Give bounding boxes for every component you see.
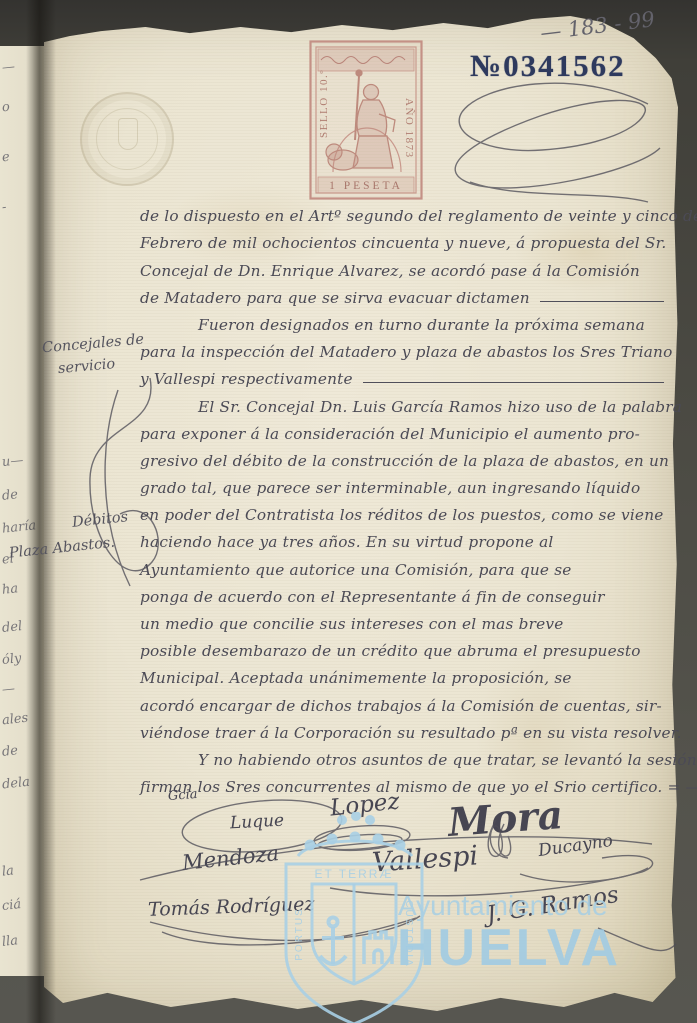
manuscript-line: viéndose traer á la Corporación su resul… (140, 715, 664, 742)
edge-text-fragment: — (1, 681, 15, 697)
manuscript-line: y Vallespi respectivamente (140, 361, 664, 388)
manuscript-line: Municipal. Aceptada unánimemente la prop… (140, 660, 664, 687)
edge-text-fragment: — (1, 59, 15, 75)
manuscript-line: para la inspección del Matadero y plaza … (140, 334, 664, 361)
manuscript-line: firman los Sres concurrentes al mismo de… (140, 769, 664, 796)
manuscript-line: ponga de acuerdo con el Representante á … (140, 579, 664, 606)
edge-text-fragment: e (1, 150, 10, 166)
svg-text:SELLO 10.º: SELLO 10.º (318, 69, 330, 138)
manuscript-line: un medio que concilie sus intereses con … (140, 606, 664, 633)
serial-number-stamp: №0341562 (470, 48, 626, 84)
manuscript-line: acordó encargar de dichos trabajos á la … (140, 687, 664, 714)
edge-text-fragment: ciá (1, 897, 22, 914)
signature-luque: Luque (230, 811, 285, 834)
edge-text-fragment: o (1, 100, 10, 116)
svg-text:AÑO 1873: AÑO 1873 (403, 98, 415, 159)
manuscript-line: Y no habiendo otros asuntos de que trata… (140, 742, 664, 769)
manuscript-line: Febrero de mil ochocientos cincuenta y n… (140, 225, 664, 252)
manuscript-line: para exponer á la consideración del Muni… (140, 416, 664, 443)
document-scan: — o e - u— de haría el ha del óly — ales… (0, 0, 697, 1023)
manuscript-line: grado tal, que parece ser interminable, … (140, 470, 664, 497)
edge-text-fragment: de (1, 487, 18, 504)
manuscript-line: en poder del Contratista los réditos de … (140, 497, 664, 524)
revenue-stamp-graphic: SELLO 10.º AÑO 1873 1 PESETA (309, 40, 423, 200)
edge-text-fragment: - (1, 200, 7, 215)
svg-text:1 PESETA: 1 PESETA (329, 180, 403, 192)
edge-text-fragment: ales (1, 711, 29, 729)
manuscript-line: posible desembarazo de un crédito que ab… (140, 633, 664, 660)
edge-text-fragment: ha (1, 581, 19, 598)
edge-text-fragment: lla (1, 933, 19, 950)
revenue-stamp: SELLO 10.º AÑO 1873 1 PESETA (309, 40, 423, 200)
manuscript-line: Concejal de Dn. Enrique Alvarez, se acor… (140, 252, 664, 279)
edge-text-fragment: de (1, 743, 18, 760)
edge-text-fragment: la (1, 863, 14, 879)
manuscript-line: El Sr. Concejal Dn. Luis García Ramos hi… (140, 388, 664, 415)
signature-mora: Mora (447, 792, 565, 846)
edge-text-fragment: del (1, 619, 23, 636)
embossed-seal (80, 92, 174, 186)
edge-text-fragment: u— (1, 453, 24, 470)
manuscript-body: de lo dispuesto en el Artº segundo del r… (140, 198, 664, 796)
embossed-seal-crest (118, 118, 138, 150)
edge-text-fragment: óly (1, 651, 22, 668)
manuscript-line: haciendo hace ya tres años. En su virtud… (140, 524, 664, 551)
signature-gcia: Gcia (168, 787, 199, 804)
manuscript-line: de lo dispuesto en el Artº segundo del r… (140, 198, 664, 225)
manuscript-line: Ayuntamiento que autorice una Comisión, … (140, 551, 664, 578)
manuscript-line: Fueron designados en turno durante la pr… (140, 307, 664, 334)
manuscript-line: gresivo del débito de la construcción de… (140, 443, 664, 470)
page-gutter-shadow (26, 0, 56, 1023)
manuscript-line: de Matadero para que se sirva evacuar di… (140, 280, 664, 307)
